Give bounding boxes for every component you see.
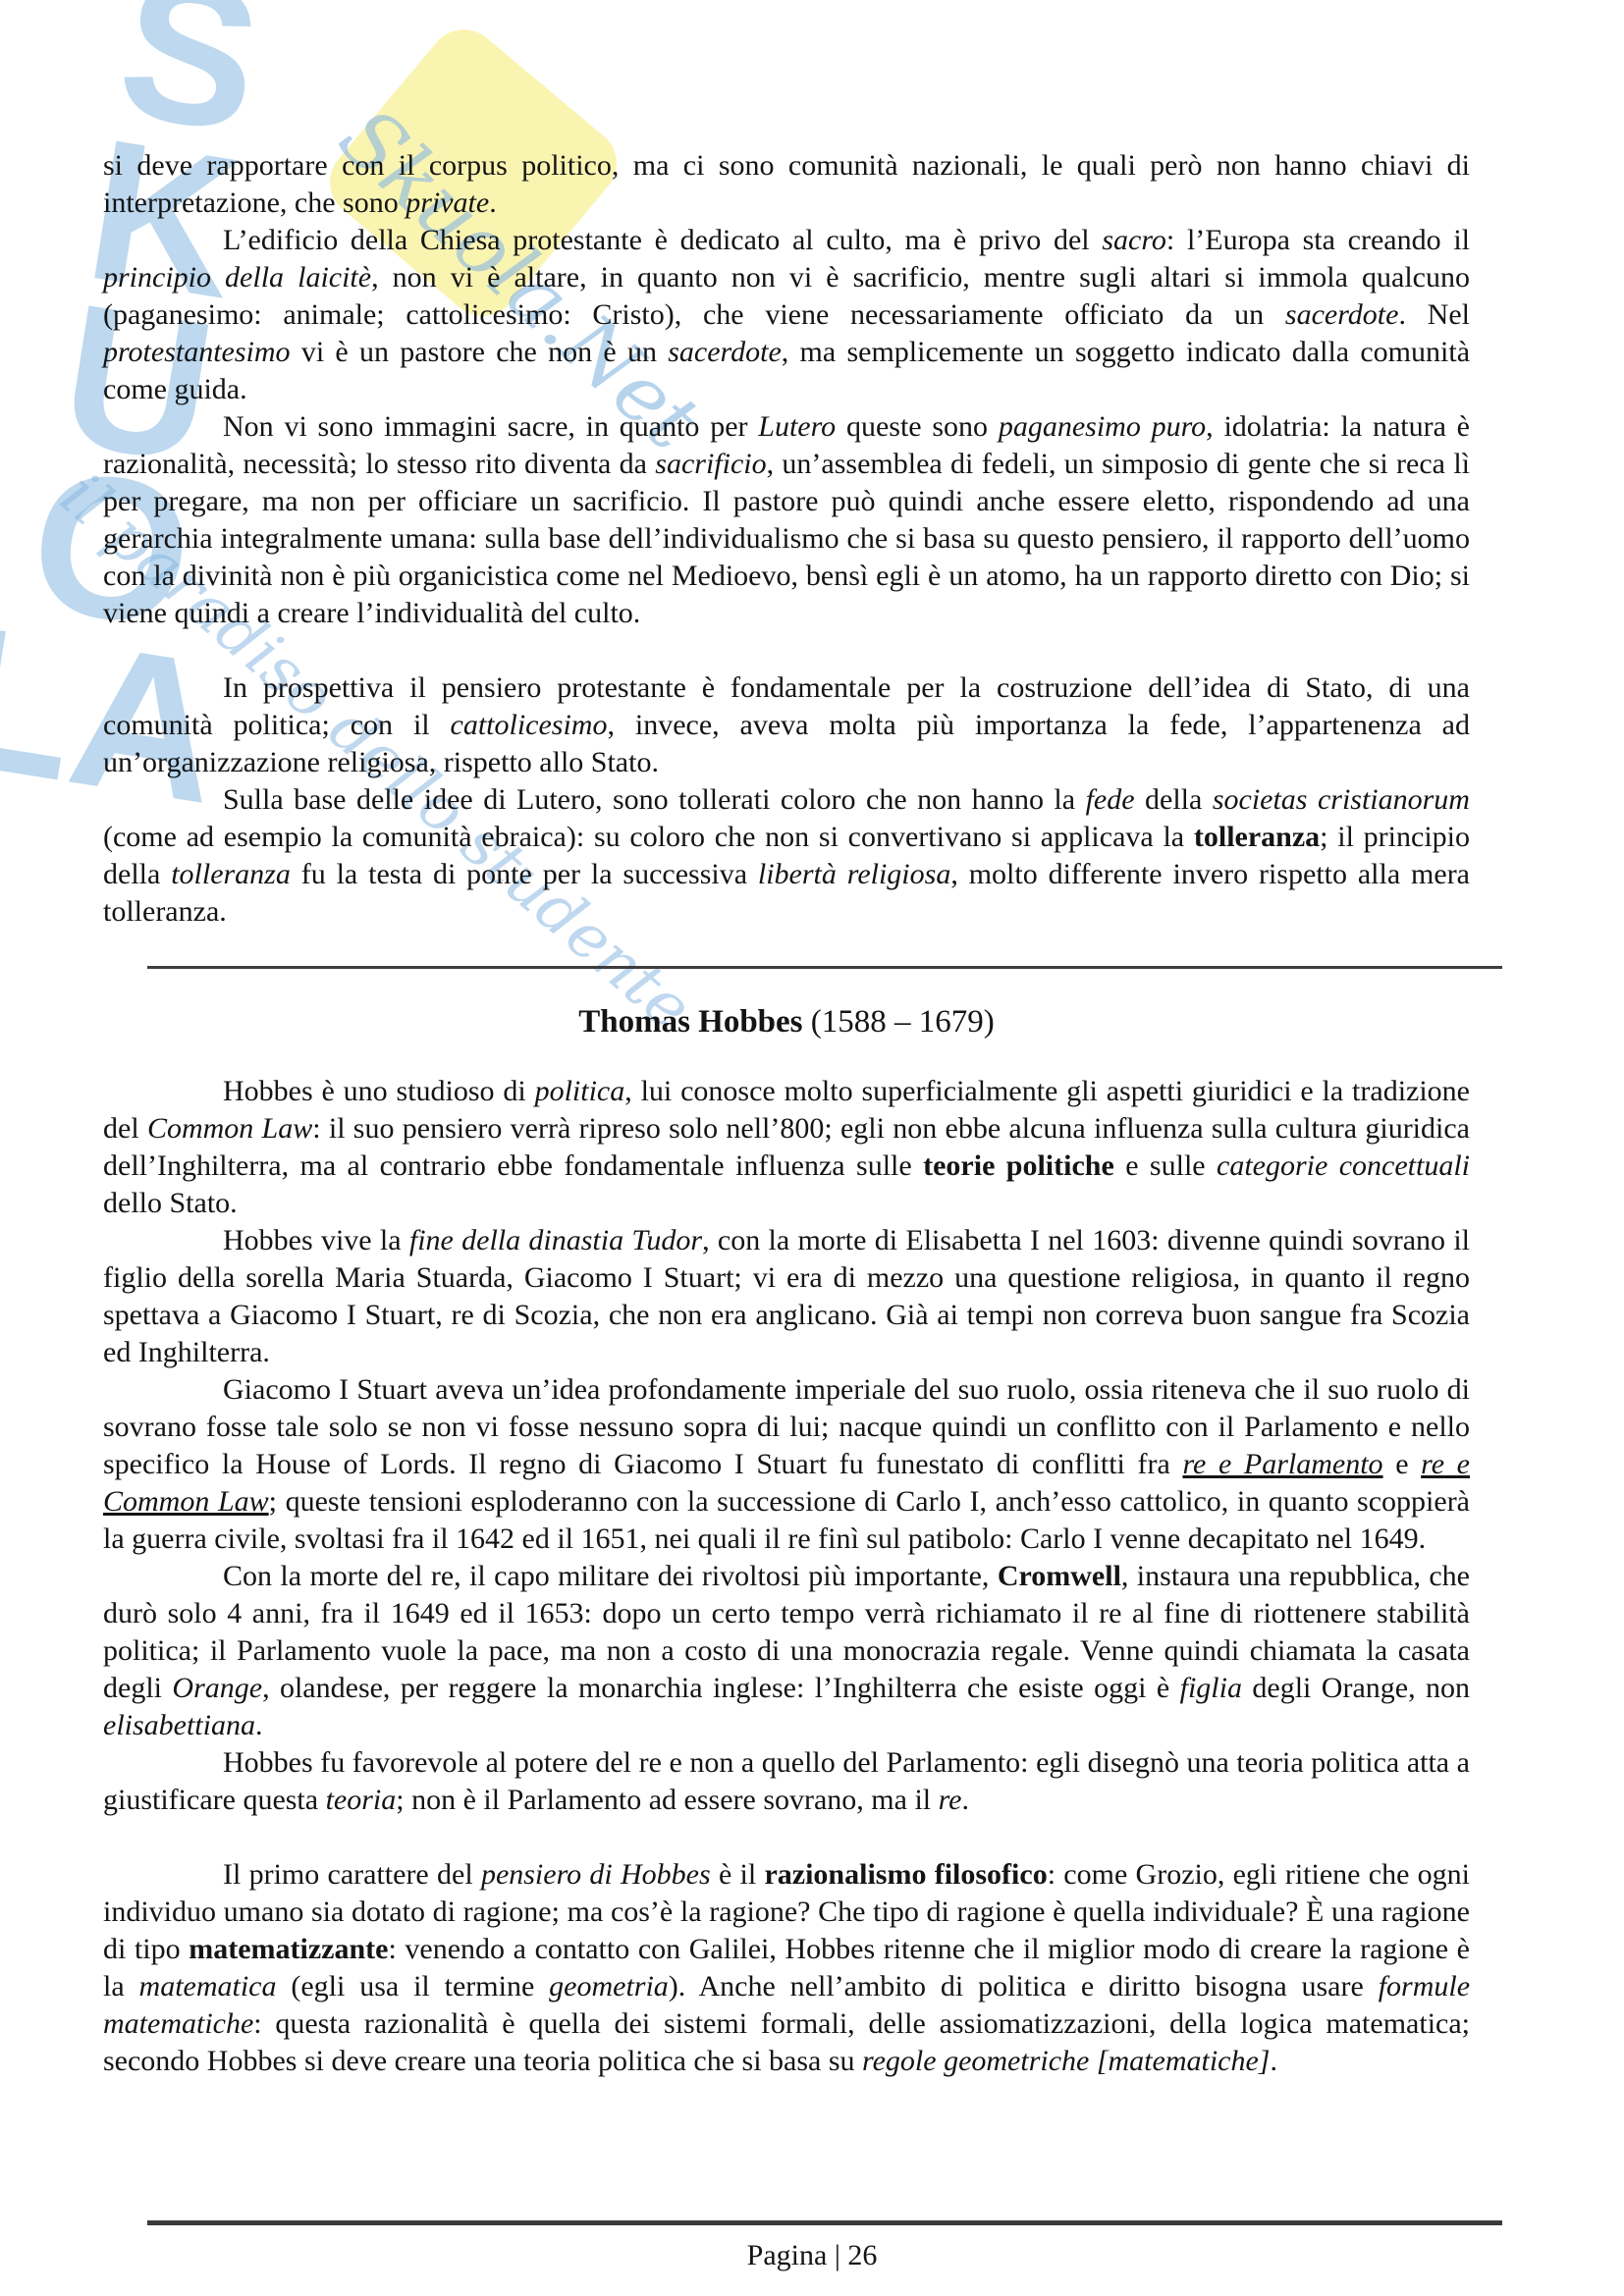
paragraph-5: Sulla base delle idee di Lutero, sono to… xyxy=(103,781,1470,931)
footer-rule xyxy=(147,2220,1502,2225)
paragraph-2: L’edificio della Chiesa protestante è de… xyxy=(103,222,1470,408)
document-page: SKUOLA Skuola.Net il paradiso dello stud… xyxy=(0,0,1624,2296)
paragraph-9: Con la morte del re, il capo militare de… xyxy=(103,1558,1470,1744)
paragraph-spacer xyxy=(103,1819,1470,1856)
paragraph-spacer xyxy=(103,632,1470,669)
paragraph-6: Hobbes è uno studioso di politica, lui c… xyxy=(103,1073,1470,1222)
section-divider xyxy=(147,966,1502,969)
paragraph-11: Il primo carattere del pensiero di Hobbe… xyxy=(103,1856,1470,2080)
paragraph-10: Hobbes fu favorevole al potere del re e … xyxy=(103,1744,1470,1819)
paragraph-7: Hobbes vive la fine della dinastia Tudor… xyxy=(103,1222,1470,1371)
page-number: Pagina | 26 xyxy=(0,2239,1624,2272)
paragraph-8: Giacomo I Stuart aveva un’idea profondam… xyxy=(103,1371,1470,1558)
paragraph-4: In prospettiva il pensiero protestante è… xyxy=(103,669,1470,781)
paragraph-1: si deve rapportare con il corpus politic… xyxy=(103,147,1470,222)
paragraph-3: Non vi sono immagini sacre, in quanto pe… xyxy=(103,408,1470,632)
page-content: si deve rapportare con il corpus politic… xyxy=(103,147,1470,2080)
section-heading: Thomas Hobbes (1588 – 1679) xyxy=(103,1000,1470,1043)
